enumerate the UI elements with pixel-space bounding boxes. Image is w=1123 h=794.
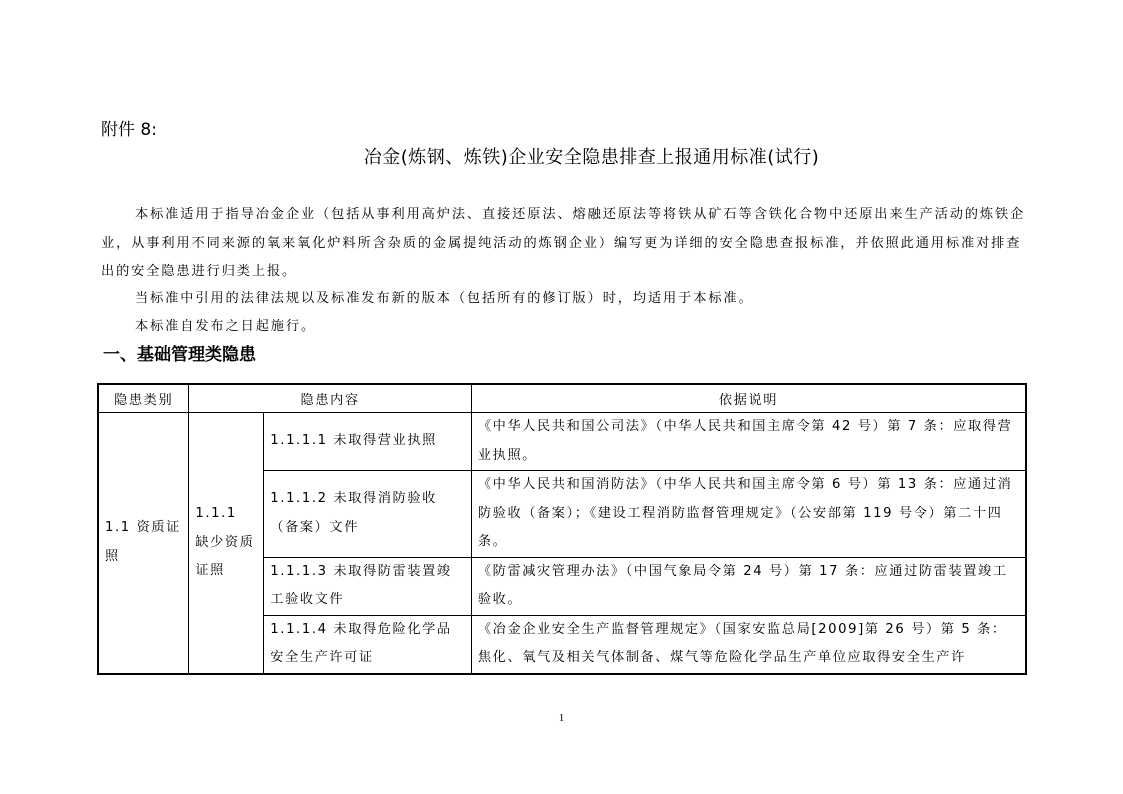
hazard-table: 隐患类别 隐患内容 依据说明 1.1 资质证照 1.1.1 缺少资质证照 1.1… xyxy=(97,383,1027,675)
attachment-label: 附件 8: xyxy=(101,115,157,140)
header-basis: 依据说明 xyxy=(471,384,1026,413)
paragraph-versions: 当标准中引用的法律法规以及标准发布新的版本（包括所有的修订版）时，均适用于本标准… xyxy=(101,285,1026,314)
paragraph-effective-date: 本标准自发布之日起施行。 xyxy=(101,313,1026,342)
basis-cell: 《中华人民共和国公司法》（中华人民共和国主席令第 42 号）第 7 条：应取得营… xyxy=(471,413,1026,471)
paragraph-scope: 本标准适用于指导冶金企业（包括从事利用高炉法、直接还原法、熔融还原法等将铁从矿石… xyxy=(101,201,1026,287)
category-cell: 1.1 资质证照 xyxy=(98,413,189,674)
basis-cell: 《冶金企业安全生产监督管理规定》（国家安监总局[2009]第 26 号）第 5 … xyxy=(471,615,1026,674)
item-cell: 1.1.1.3 未取得防雷装置竣工验收文件 xyxy=(264,557,472,615)
section-heading: 一、基础管理类隐患 xyxy=(103,340,256,365)
basis-cell: 《中华人民共和国消防法》（中华人民共和国主席令第 6 号）第 13 条：应通过消… xyxy=(471,471,1026,558)
item-cell: 1.1.1.4 未取得危险化学品安全生产许可证 xyxy=(264,615,472,674)
item-cell: 1.1.1.2 未取得消防验收（备案）文件 xyxy=(264,471,472,558)
page-number: 1 xyxy=(0,712,1123,724)
basis-cell: 《防雷减灾管理办法》（中国气象局令第 24 号）第 17 条：应通过防雷装置竣工… xyxy=(471,557,1026,615)
document-title: 冶金(炼钢、炼铁)企业安全隐患排查上报通用标准(试行) xyxy=(0,143,1123,169)
table-row: 1.1 资质证照 1.1.1 缺少资质证照 1.1.1.1 未取得营业执照 《中… xyxy=(98,413,1026,471)
header-content: 隐患内容 xyxy=(189,384,472,413)
item-cell: 1.1.1.1 未取得营业执照 xyxy=(264,413,472,471)
header-category: 隐患类别 xyxy=(98,384,189,413)
subcategory-cell: 1.1.1 缺少资质证照 xyxy=(189,413,264,674)
table-header-row: 隐患类别 隐患内容 依据说明 xyxy=(98,384,1026,413)
